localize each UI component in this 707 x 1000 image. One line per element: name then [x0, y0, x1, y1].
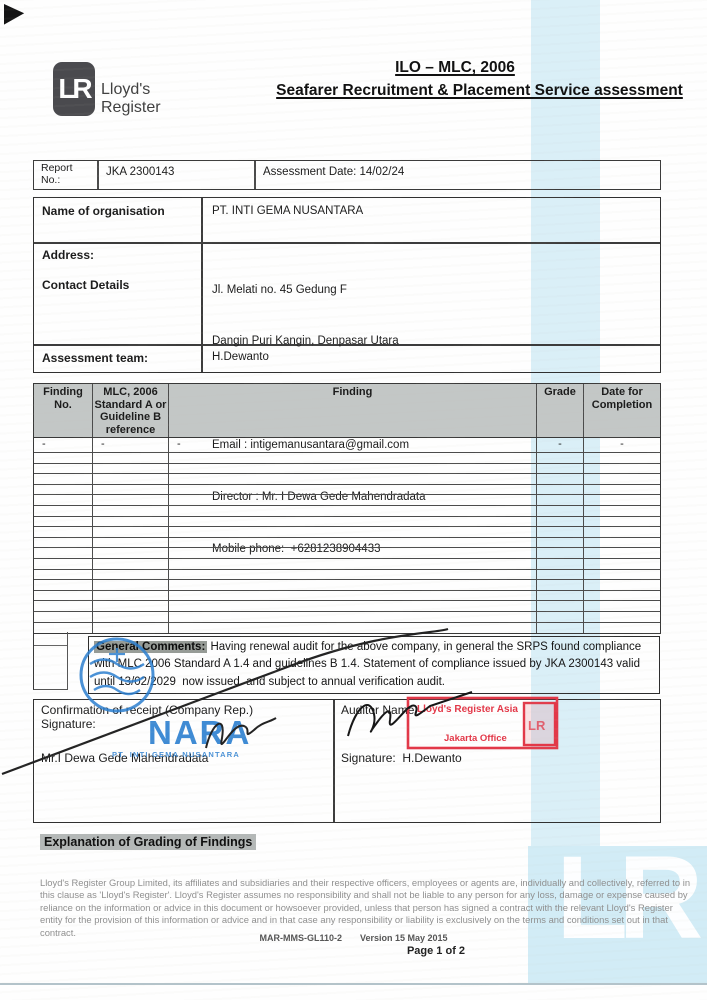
general-comments-box: General Comments: Having renewal audit f…: [88, 636, 660, 694]
findings-first-row: - - - - -: [34, 438, 660, 453]
findings-empty-row: [34, 453, 660, 464]
divider: [333, 700, 335, 822]
general-comments-label: General Comments:: [94, 641, 207, 653]
assessment-team-label: Assessment team:: [42, 351, 148, 365]
findings-header-row: Finding No. MLC, 2006 Standard A or Guid…: [34, 384, 660, 438]
report-no-label: Report No.:: [41, 162, 73, 186]
findings-empty-row: [34, 527, 660, 538]
assessment-team-value: H.Dewanto: [212, 351, 269, 363]
findings-empty-row: [34, 538, 660, 549]
report-number-bar: Report No.: JKA 2300143 Assessment Date:…: [33, 160, 661, 190]
document-title-line1: ILO – MLC, 2006: [250, 59, 660, 77]
findings-empty-rows: [34, 453, 660, 633]
findings-empty-row: [34, 517, 660, 528]
brand-name: Lloyd's Register: [101, 81, 161, 117]
findings-empty-row: [34, 601, 660, 612]
company-rep-name: Mr.I Dewa Gede Mahendradata: [41, 751, 208, 765]
col-header-grade: Grade: [537, 384, 584, 437]
findings-empty-row: [34, 612, 660, 623]
divider: [34, 242, 660, 244]
findings-empty-row: [34, 591, 660, 602]
divider: [97, 161, 99, 189]
findings-empty-row: [34, 506, 660, 517]
confirmation-title: Confirmation of receipt (Company Rep.): [41, 703, 253, 717]
legal-disclaimer: Lloyd's Register Group Limited, its affi…: [40, 877, 695, 939]
table-left-stub: [33, 632, 68, 690]
address-label: Address:: [42, 248, 94, 262]
form-id: MAR-MMS-GL110-2: [259, 933, 342, 943]
col-header-date-for-completion: Date for Completion: [584, 384, 660, 437]
contact-details-label: Contact Details: [42, 278, 129, 292]
organisation-table: Name of organisation PT. INTI GEMA NUSAN…: [33, 197, 661, 373]
col-header-mlc-reference: MLC, 2006 Standard A or Guideline B refe…: [93, 384, 169, 437]
findings-empty-row: [34, 495, 660, 506]
grading-heading: Explanation of Grading of Findings: [40, 834, 256, 850]
form-id-line: MAR-MMS-GL110-2Version 15 May 2015: [0, 933, 707, 943]
col-header-finding: Finding: [169, 384, 537, 437]
address-line: Jl. Melati no. 45 Gedung F: [212, 282, 426, 299]
findings-table: Finding No. MLC, 2006 Standard A or Guid…: [33, 383, 661, 634]
assessment-date: Assessment Date: 14/02/24: [263, 166, 404, 178]
report-no-value: JKA 2300143: [106, 166, 174, 178]
findings-empty-row: [34, 474, 660, 485]
page-number: Page 1 of 2: [396, 945, 476, 957]
org-name-value: PT. INTI GEMA NUSANTARA: [212, 205, 363, 217]
auditor-signature-line: Signature: H.Dewanto: [341, 751, 462, 765]
form-version: Version 15 May 2015: [360, 933, 448, 943]
brand-line1: Lloyd's: [101, 81, 161, 99]
org-name-label: Name of organisation: [42, 204, 165, 218]
lloyds-register-logo-icon: LR: [53, 62, 95, 116]
document-title-line2: Seafarer Recruitment & Placement Service…: [252, 82, 707, 100]
confirmation-table: Confirmation of receipt (Company Rep.) S…: [33, 699, 661, 823]
auditor-name-label: Auditor Name:: [341, 703, 418, 717]
divider: [254, 161, 256, 189]
page-corner-mark: [4, 4, 25, 25]
col-header-finding-no: Finding No.: [34, 384, 93, 437]
divider: [201, 198, 203, 372]
scanned-assessment-form: LR LR Lloyd's Register ILO – MLC, 2006 S…: [0, 0, 707, 1000]
brand-line2: Register: [101, 99, 161, 117]
findings-empty-row: [34, 623, 660, 634]
divider: [34, 645, 67, 646]
company-signature-label: Signature:: [41, 717, 96, 731]
findings-empty-row: [34, 548, 660, 559]
findings-empty-row: [34, 580, 660, 591]
findings-empty-row: [34, 559, 660, 570]
address-line: Dangin Puri Kangin, Denpasar Utara: [212, 333, 426, 350]
findings-empty-row: [34, 485, 660, 496]
findings-empty-row: [34, 570, 660, 581]
findings-empty-row: [34, 464, 660, 475]
